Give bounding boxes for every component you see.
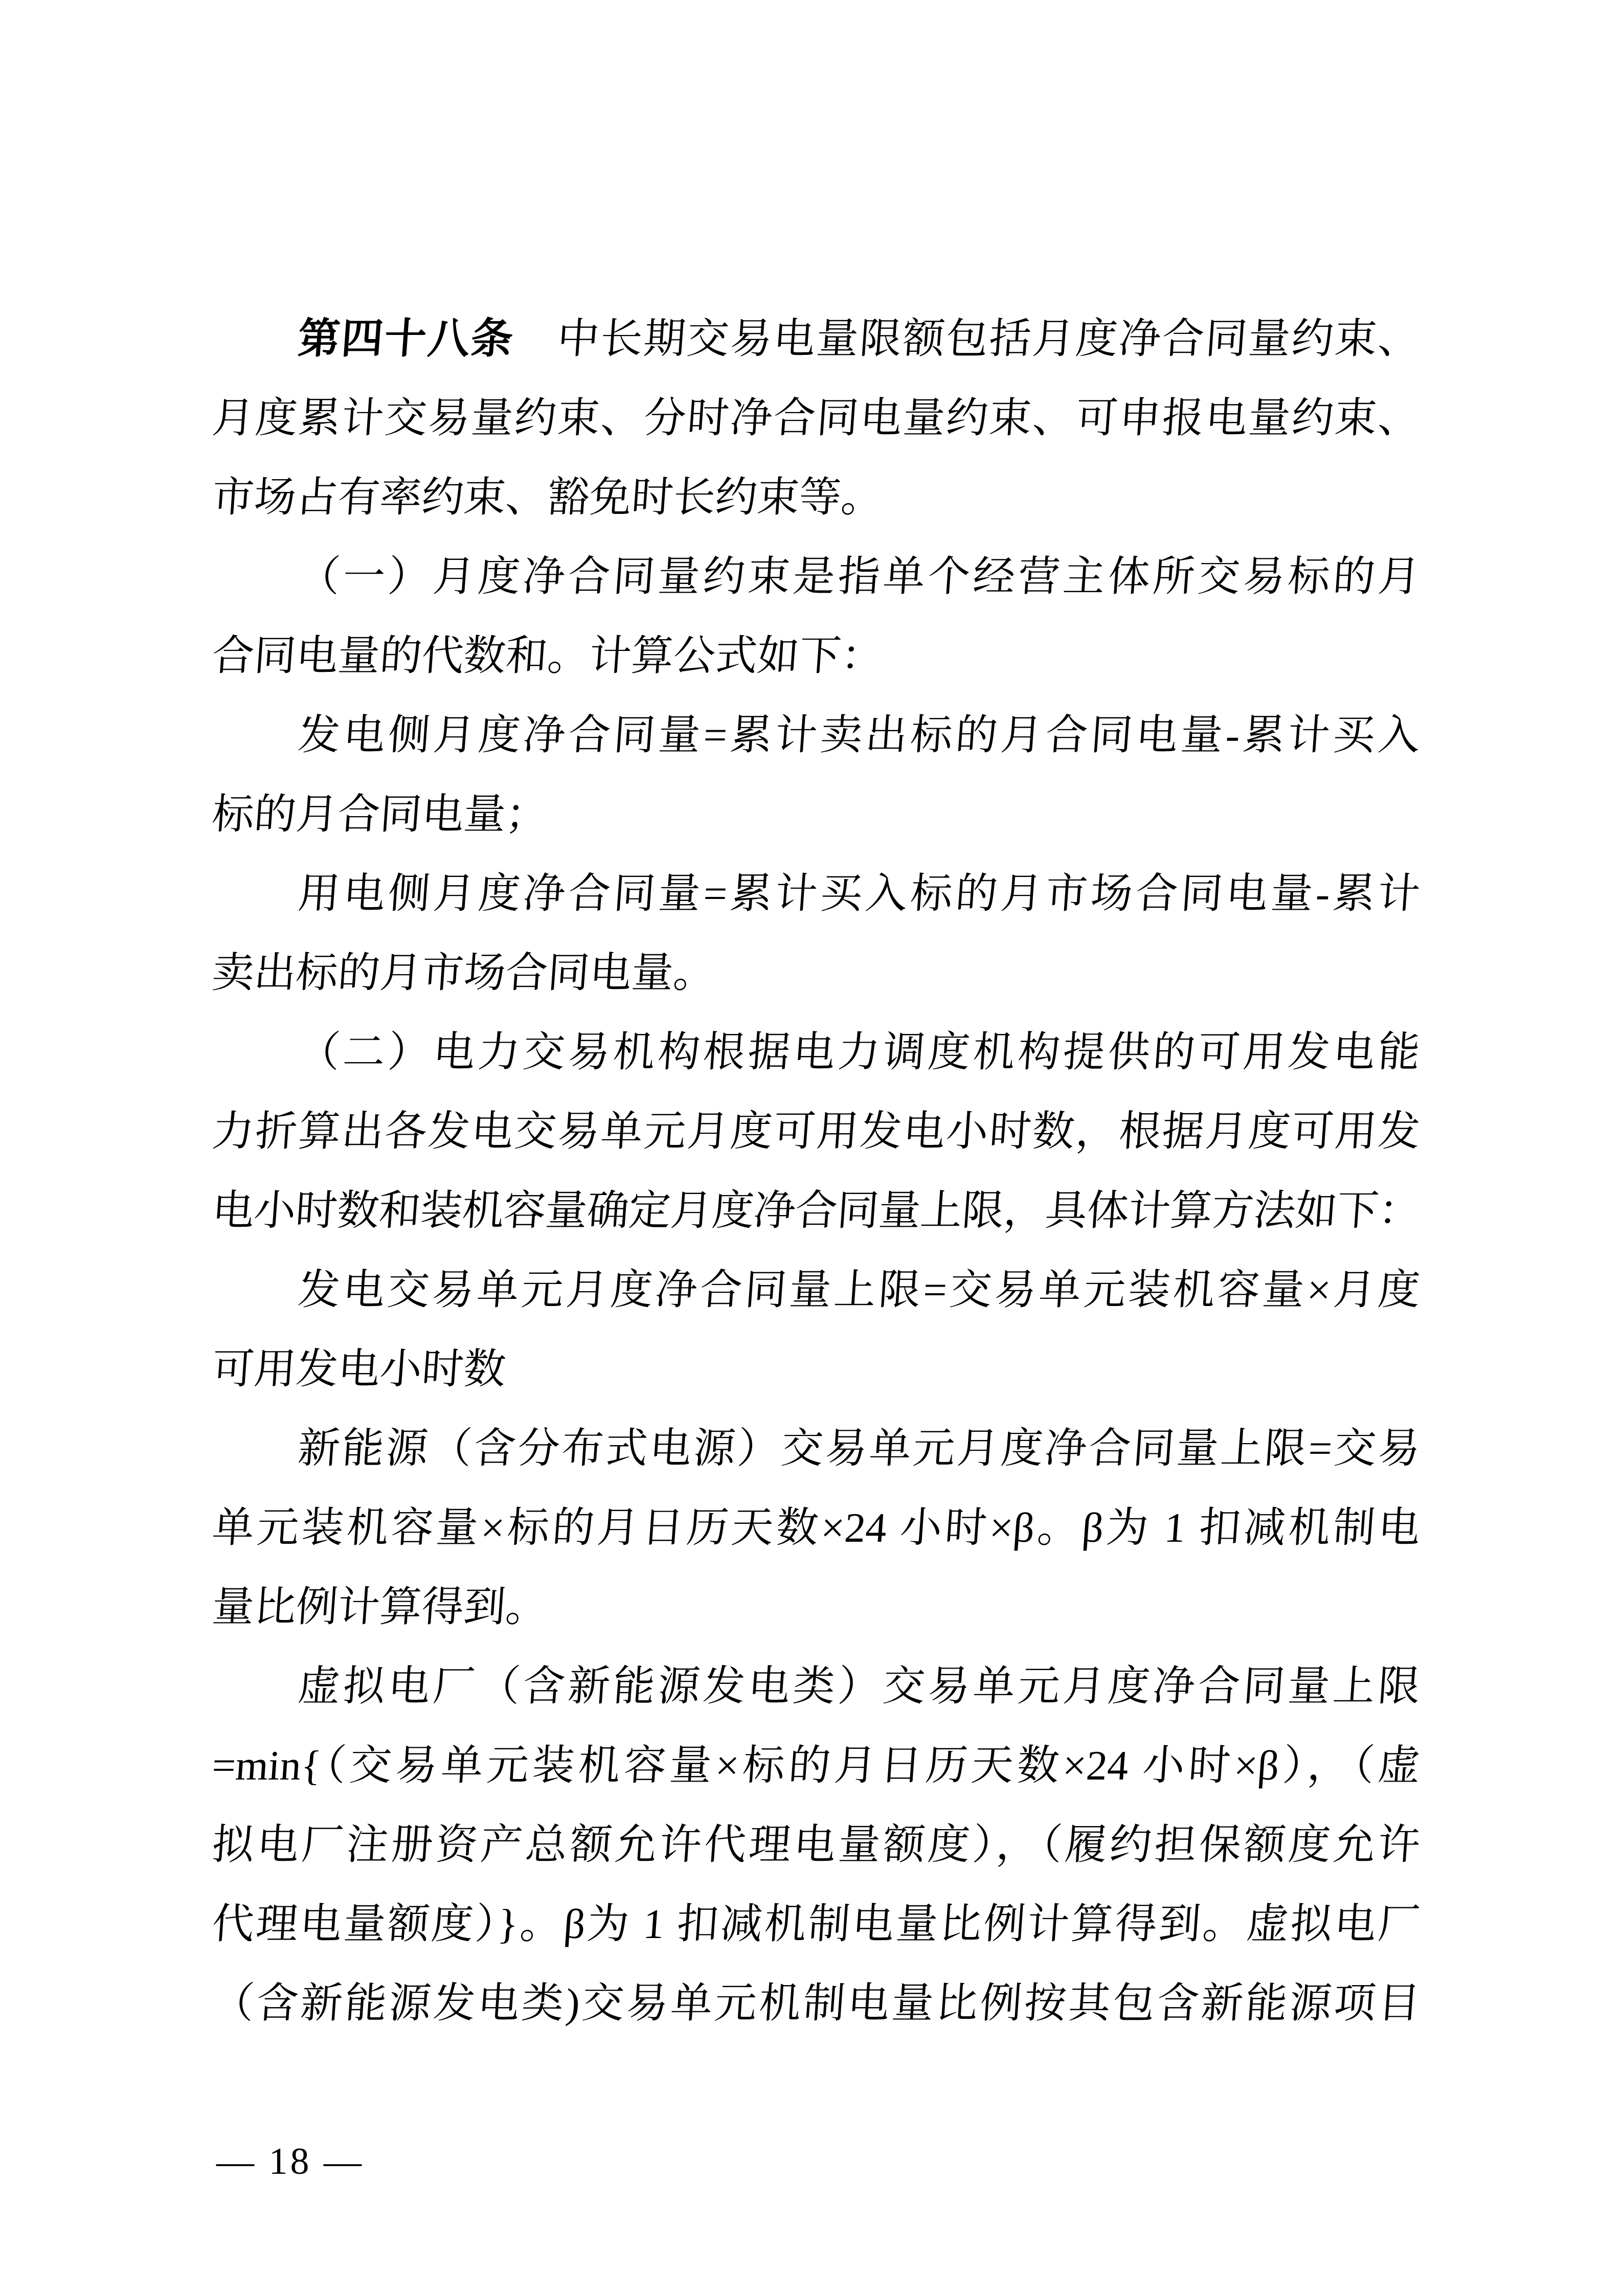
- text-line: 虚拟电厂（含新能源发电类）交易单元月度净合同量上限: [210, 1647, 1423, 1726]
- text-line: 可用发电小时数: [210, 1330, 1423, 1409]
- text-line: 第四十八条 中长期交易电量限额包括月度净合同量约束、: [210, 299, 1423, 378]
- article-number: 第四十八条: [297, 316, 516, 362]
- body-text: 第四十八条 中长期交易电量限额包括月度净合同量约束、 月度累计交易量约束、分时净…: [212, 299, 1420, 2043]
- text-line: （含新能源发电类)交易单元机制电量比例按其包含新能源项目: [210, 1964, 1423, 2043]
- article-text: 中长期交易电量限额包括月度净合同量约束、: [512, 316, 1422, 362]
- text-line: 拟电厂注册资产总额允许代理电量额度），（履约担保额度允许: [210, 1805, 1423, 1884]
- text-line: 发电侧月度净合同量=累计卖出标的月合同电量-累计买入: [210, 695, 1423, 775]
- text-line: 代理电量额度）}。β为 1 扣减机制电量比例计算得到。虚拟电厂: [210, 1884, 1423, 1964]
- text-line: （一）月度净合同量约束是指单个经营主体所交易标的月: [210, 537, 1423, 616]
- text-line: 卖出标的月市场合同电量。: [210, 933, 1423, 1012]
- text-line: 力折算出各发电交易单元月度可用发电小时数，根据月度可用发: [210, 1092, 1423, 1171]
- text-line: 发电交易单元月度净合同量上限=交易单元装机容量×月度: [210, 1250, 1423, 1330]
- text-line: （二）电力交易机构根据电力调度机构提供的可用发电能: [210, 1012, 1423, 1092]
- document-page: 第四十八条 中长期交易电量限额包括月度净合同量约束、 月度累计交易量约束、分时净…: [0, 0, 1623, 2296]
- text-line: 电小时数和装机容量确定月度净合同量上限，具体计算方法如下：: [210, 1171, 1423, 1250]
- text-line: 单元装机容量×标的月日历天数×24 小时×β。β为 1 扣减机制电: [210, 1488, 1423, 1567]
- text-line: 合同电量的代数和。计算公式如下：: [210, 616, 1423, 695]
- text-line: 市场占有率约束、豁免时长约束等。: [210, 458, 1423, 537]
- text-line: 月度累计交易量约束、分时净合同电量约束、可申报电量约束、: [210, 378, 1423, 458]
- text-line: 标的月合同电量；: [210, 775, 1423, 854]
- text-line: 用电侧月度净合同量=累计买入标的月市场合同电量-累计: [210, 854, 1423, 933]
- text-line: 新能源（含分布式电源）交易单元月度净合同量上限=交易: [210, 1409, 1423, 1488]
- page-number: — 18 —: [216, 2133, 364, 2190]
- text-line: =min{（交易单元装机容量×标的月日历天数×24 小时×β），（虚: [210, 1726, 1423, 1805]
- text-line: 量比例计算得到。: [210, 1567, 1423, 1647]
